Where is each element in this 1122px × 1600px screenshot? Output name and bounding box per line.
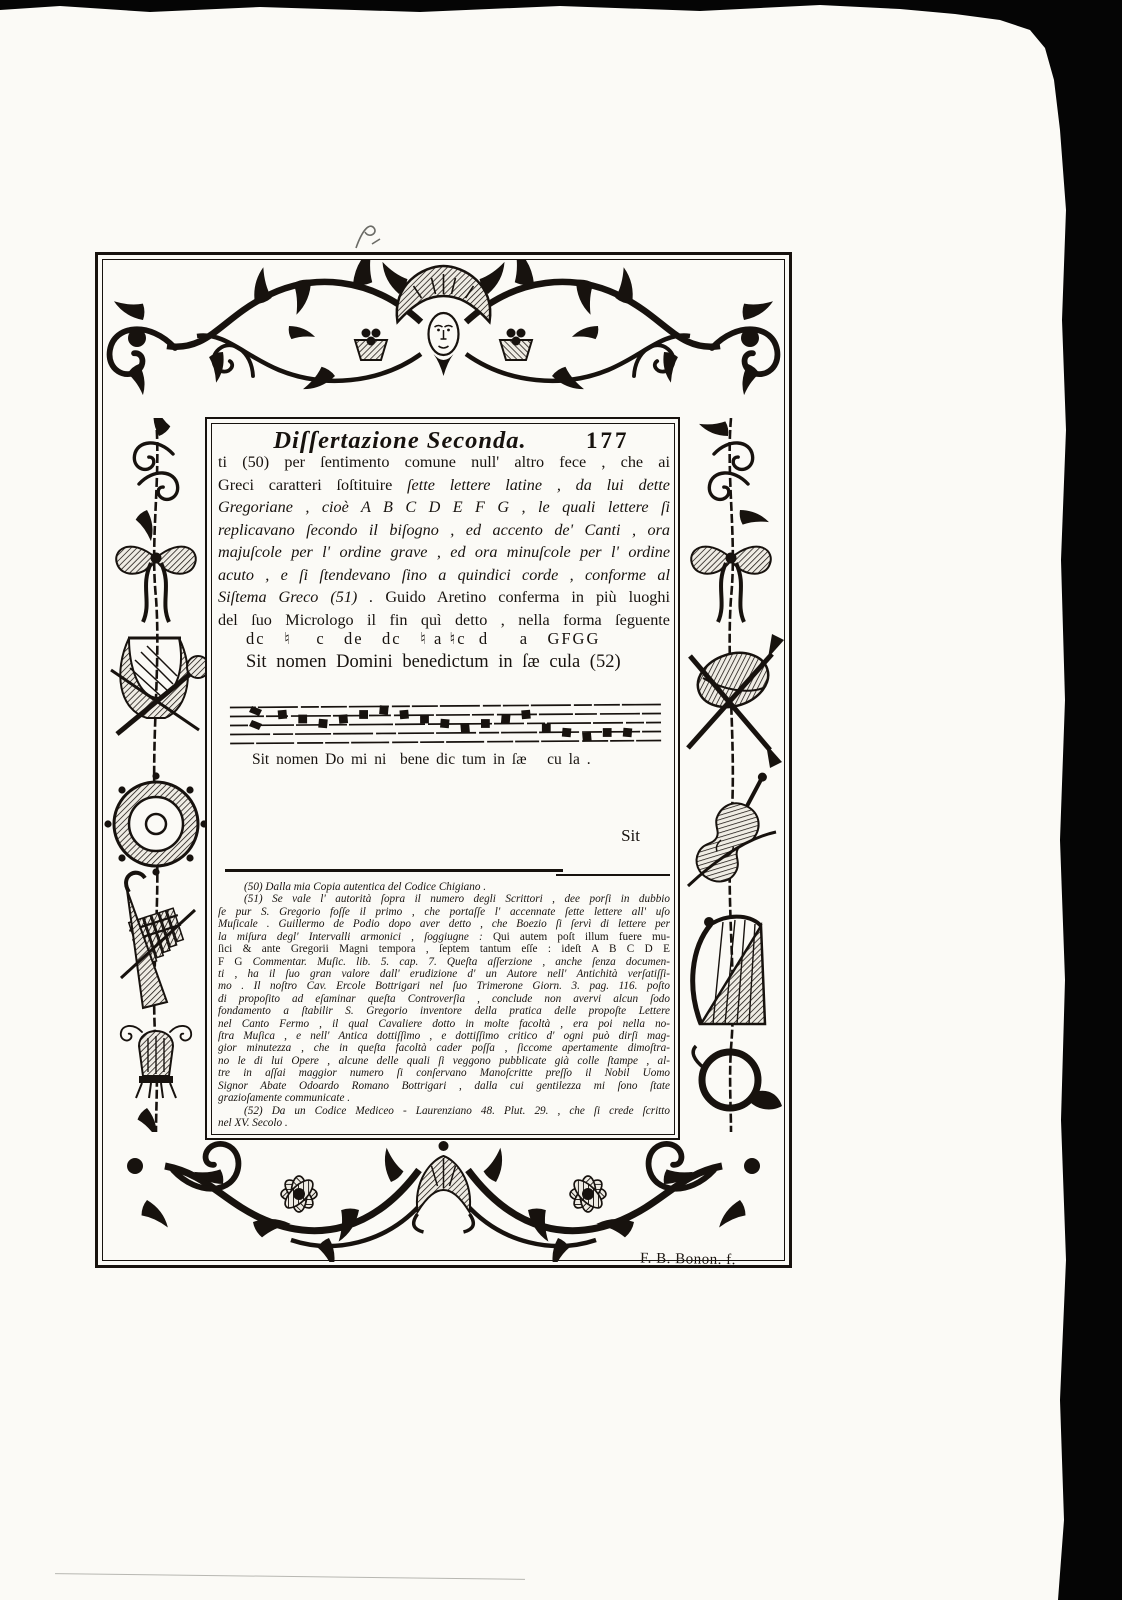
text-line: replicavano ſecondo il biſogno , ed acce… bbox=[218, 519, 670, 542]
text-line: ti , ha il ſuo gran valore dall' erudizi… bbox=[218, 968, 670, 980]
chant-lyrics: Sit nomen Do mi ni bene dic tum in ſæ cu… bbox=[252, 751, 591, 769]
text-line: Muſicale . Guillermo de Podio dopo aver … bbox=[218, 918, 670, 930]
flower-basket-icon bbox=[355, 329, 387, 361]
music-staff bbox=[228, 694, 663, 752]
footnote-rule-segment bbox=[556, 874, 670, 876]
engraver-signature: F. B. Bonon. f. bbox=[640, 1251, 810, 1271]
text-line: fondamento a ſtabilir S. Gregorio invent… bbox=[218, 1005, 670, 1017]
text-line: del ſuo Micrologo il fin quì detto , nel… bbox=[218, 609, 670, 632]
text-line: F G Commentar. Muſic. lib. 5. cap. 7. Qu… bbox=[218, 956, 670, 968]
text-line: majuſcole per l' ordine grave , ed ora m… bbox=[218, 541, 670, 564]
text-line: grazioſamente communicate . bbox=[218, 1092, 670, 1104]
text-line: ſici & ante Gregorii Magni tempora , ſep… bbox=[218, 943, 670, 955]
bottom-ornament-band bbox=[103, 1136, 784, 1262]
chant-incipit-text: Sit nomen Domini benedictum in ſæ cula (… bbox=[246, 652, 621, 673]
handwriting-mark bbox=[348, 218, 392, 254]
text-line: Greci caratteri ſoſtituire ſette lettere… bbox=[218, 474, 670, 497]
text-line: ſe pur S. Gregorio foſſe il primo , che … bbox=[218, 906, 670, 918]
text-line: (51) Se vale l' autorità ſopra il numero… bbox=[218, 893, 670, 905]
left-instrument-trophy bbox=[103, 418, 209, 1132]
footnote-rule bbox=[225, 869, 563, 872]
text-line: tre in aſſai maggior numero ſi conſervan… bbox=[218, 1067, 670, 1079]
right-instrument-trophy bbox=[678, 418, 784, 1132]
text-line: ſtra Muſica , e nell' Antica dottiſſimo … bbox=[218, 1030, 670, 1042]
hunting-horn-icon bbox=[693, 1046, 782, 1109]
viol-icon bbox=[690, 763, 784, 889]
text-line: Gregoriane , cioè A B C D E F G , le qua… bbox=[218, 496, 670, 519]
catchword: Sit bbox=[218, 826, 670, 846]
text-line: di propoſito ad eſaminar queſta Controve… bbox=[218, 993, 670, 1005]
book-page-scan: Diſſertazione Seconda. 177 ti (50) per ſ… bbox=[0, 0, 1122, 1600]
palmette-icon bbox=[414, 1141, 474, 1232]
text-line: (52) Da un Codice Mediceo - Laurenziano … bbox=[218, 1105, 670, 1117]
text-line: gior minutezza , che in queſta facoltà c… bbox=[218, 1042, 670, 1054]
top-ornament-band bbox=[103, 260, 784, 412]
guidonian-letters-line: dc ♮ c de dc ♮ a ♮c d a GFGG bbox=[246, 629, 600, 649]
text-line: nel Canto Fermo , il qual Cavaliere dott… bbox=[218, 1018, 670, 1030]
text-line: mo . Il noſtro Cav. Ercole Bottrigari ne… bbox=[218, 980, 670, 992]
tambourine-icon bbox=[104, 772, 207, 875]
text-line: acuto , e ſi ſtendevano ſino a quindici … bbox=[218, 564, 670, 587]
clef-icon bbox=[249, 706, 262, 730]
rosette-icon bbox=[281, 1176, 317, 1212]
text-line: no le di lui Opere , alcune delle quali … bbox=[218, 1055, 670, 1067]
text-line: (50) Dalla mia Copia autentica del Codic… bbox=[218, 881, 670, 893]
scan-scratch-mark bbox=[55, 1573, 525, 1580]
text-line: ti (50) per ſentimento comune null' altr… bbox=[218, 451, 670, 474]
text-line: nel XV. Secolo . bbox=[218, 1117, 670, 1129]
small-lyre-icon bbox=[121, 1026, 191, 1098]
text-line: Siſtema Greco (51) . Guido Aretino confe… bbox=[218, 586, 670, 609]
harp-icon bbox=[693, 917, 765, 1024]
text-line: la miſura degl' Intervalli armonici , ſo… bbox=[218, 931, 670, 943]
acanthus-scroll-icon bbox=[699, 418, 769, 534]
body-paragraph: ti (50) per ſentimento comune null' altr… bbox=[218, 451, 670, 631]
footnotes-block: (50) Dalla mia Copia autentica del Codic… bbox=[218, 881, 670, 1129]
text-line: Signor Abate Odoardo Romano Bottrigari ,… bbox=[218, 1080, 670, 1092]
